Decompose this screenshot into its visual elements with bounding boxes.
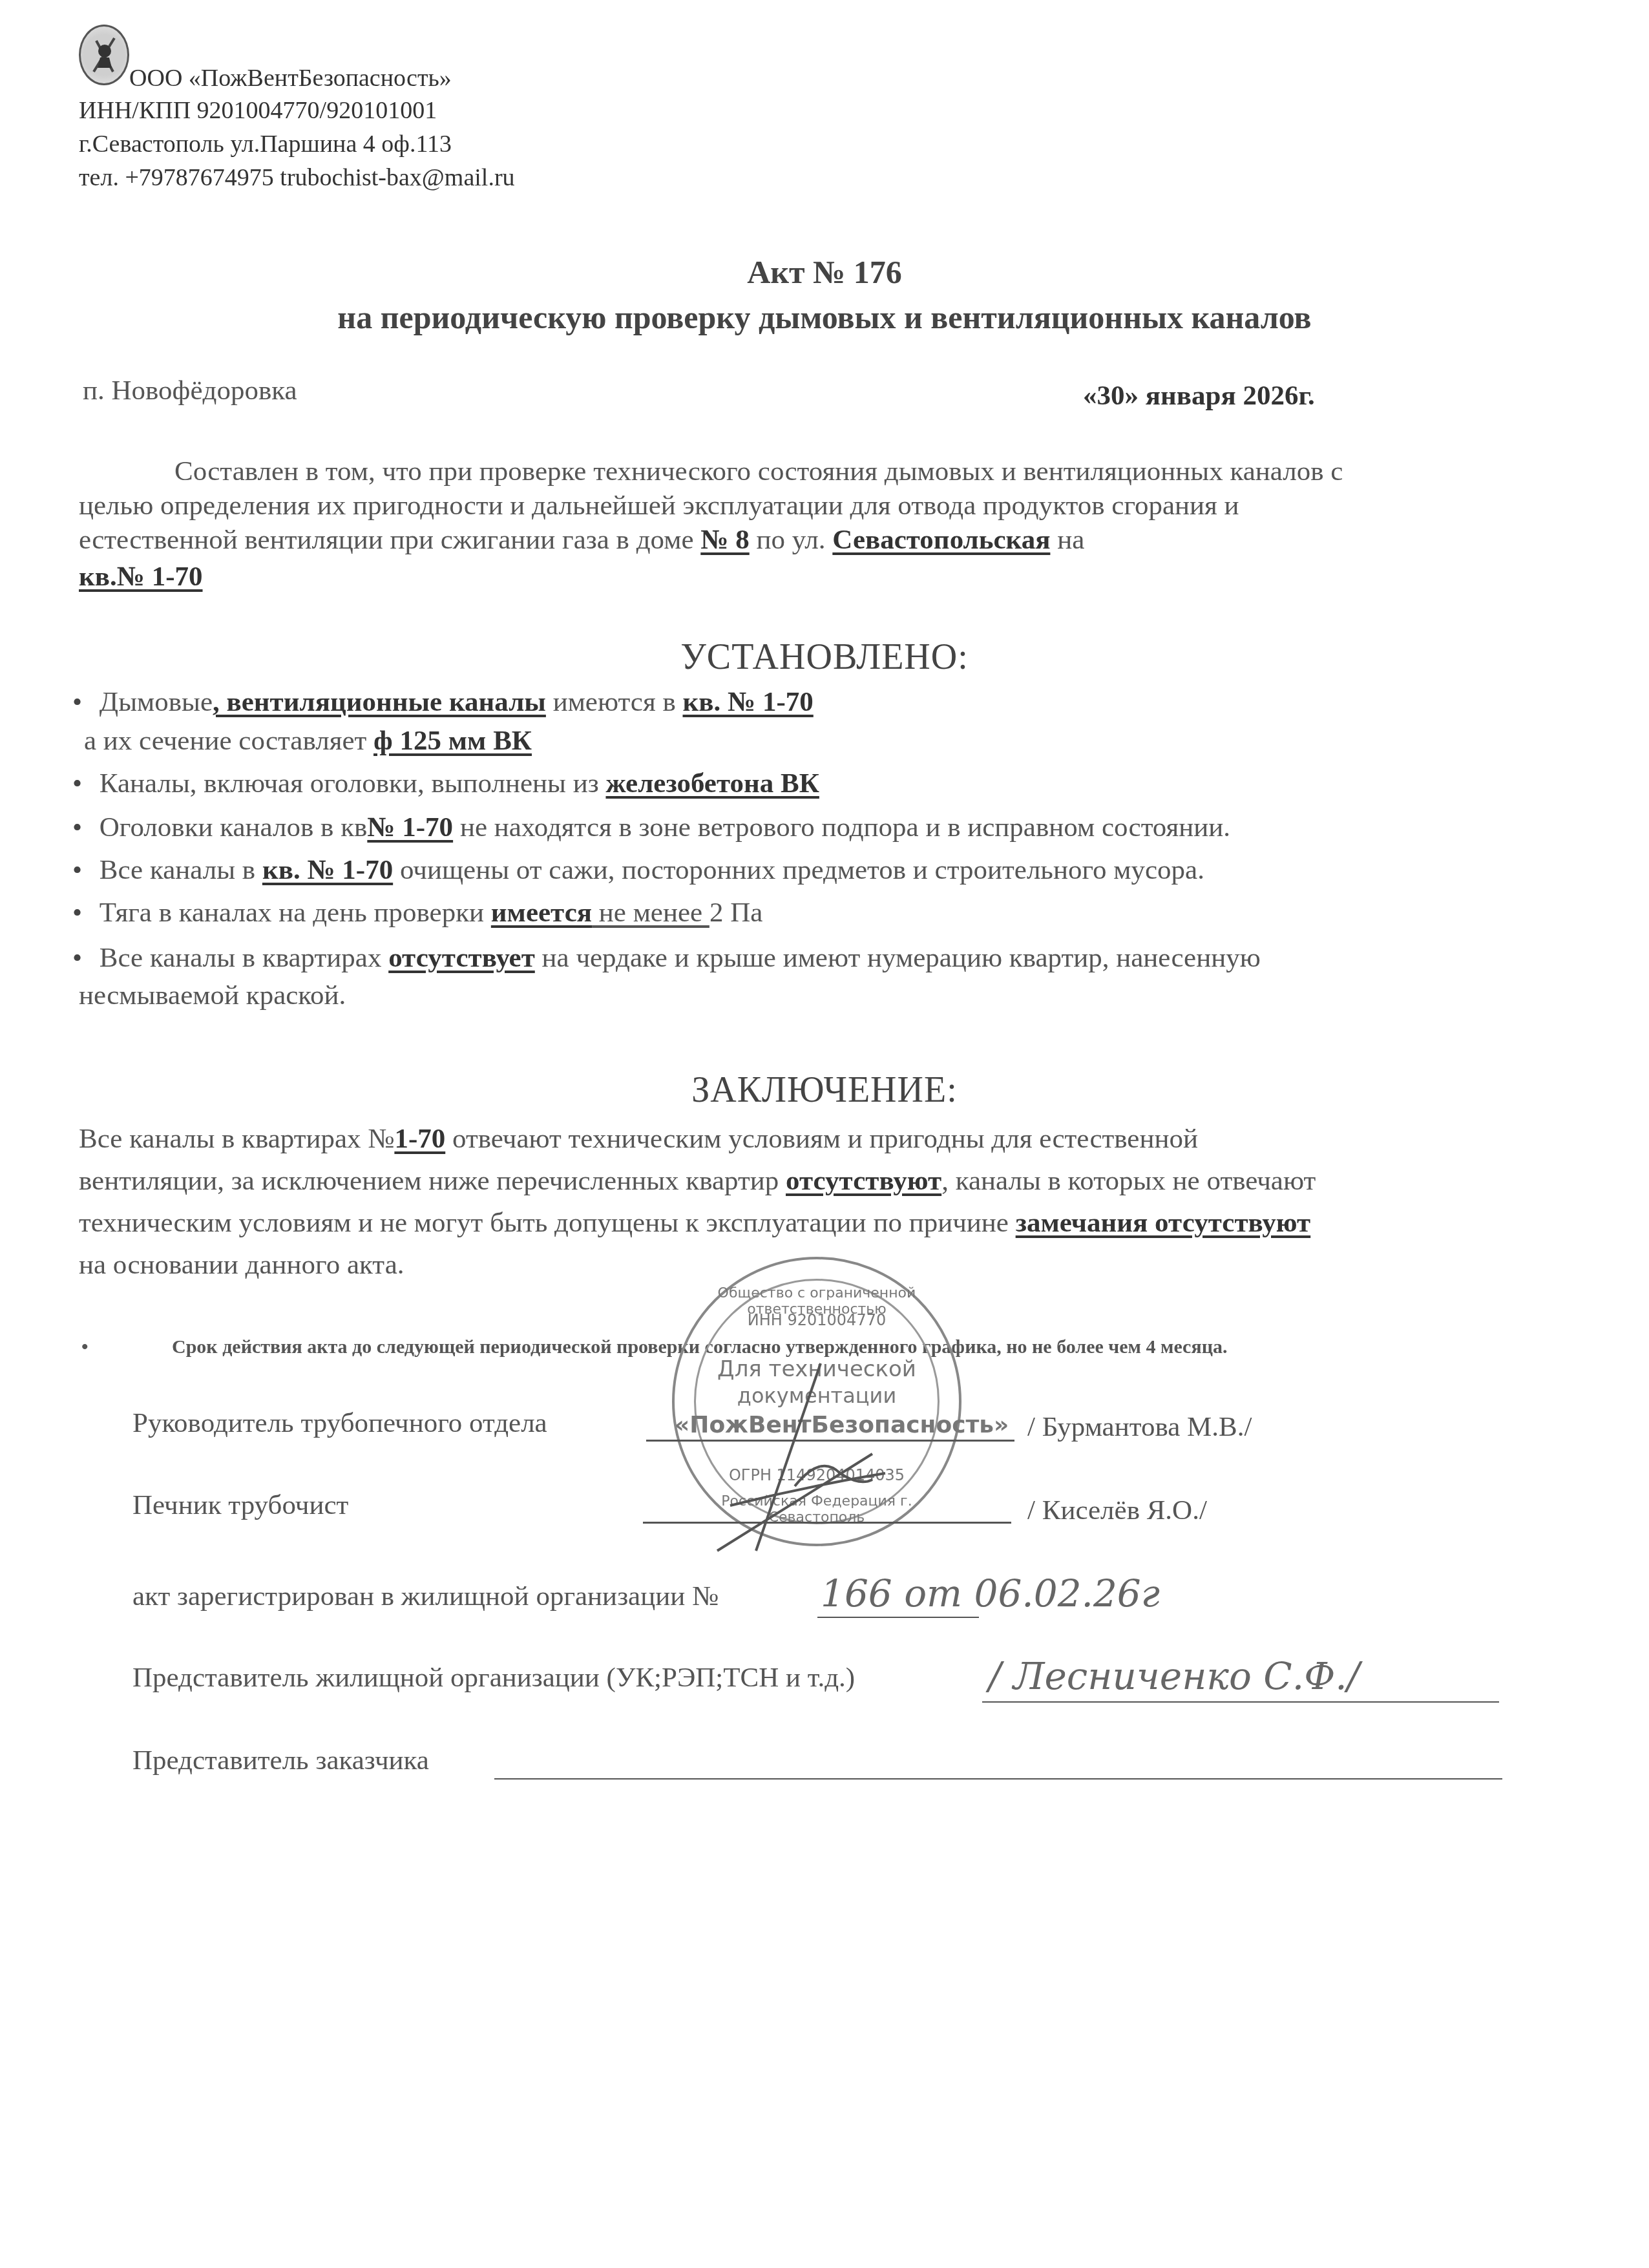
established-item-7: Все каналы в квартирах отсутствует на че… (72, 942, 1261, 974)
street: Севастопольская (832, 525, 1050, 555)
customer-rep-line[interactable] (494, 1778, 1502, 1780)
act-subject: на периодическую проверку дымовых и вент… (0, 299, 1649, 336)
housing-rep-line (982, 1701, 1499, 1703)
house-number: № 8 (700, 525, 749, 555)
conclusion-line-4: на основании данного акта. (79, 1249, 404, 1281)
section-conclusion-heading: ЗАКЛЮЧЕНИЕ: (0, 1069, 1649, 1111)
intro-line-2: целью определения их пригодности и дальн… (79, 490, 1239, 522)
established-item-3: Каналы, включая оголовки, выполнены из ж… (72, 768, 819, 800)
company-contacts: тел. +79787674975 trubochist-bax@mail.ru (79, 163, 515, 193)
conclusion-line-2: вентиляции, за исключением ниже перечисл… (79, 1165, 1316, 1197)
validity-bullet-icon: • (81, 1336, 89, 1358)
registration-handwritten: 166 от 06.02.26г (821, 1571, 1160, 1615)
act-number: Акт № 176 (0, 253, 1649, 291)
chimney-sweep-logo-icon (79, 25, 129, 85)
established-item-1: Дымовые, вентиляционные каналы имеются в… (72, 686, 814, 719)
signature-name-1: / Бурмантова М.В./ (1027, 1411, 1252, 1444)
company-name: ООО «ПожВентБезопасность» (129, 63, 452, 93)
customer-rep-label: Представитель заказчика (132, 1745, 429, 1777)
apartments: кв.№ 1-70 (79, 561, 203, 593)
section-established-heading: УСТАНОВЛЕНО: (0, 636, 1649, 678)
established-item-7-continuation: несмываемой краской. (79, 980, 346, 1012)
date: «30» января 2026г. (1083, 380, 1315, 412)
intro-line-1: Составлен в том, что при проверке технич… (174, 456, 1343, 488)
housing-rep-label: Представитель жилищной организации (УК;Р… (132, 1662, 855, 1694)
signature-role-2: Печник трубочист (132, 1489, 348, 1522)
company-inn-kpp: ИНН/КПП 9201004770/920101001 (79, 96, 437, 125)
conclusion-line-1: Все каналы в квартирах №1-70 отвечают те… (79, 1123, 1198, 1155)
established-item-2: а их сечение составляет ф 125 мм ВК (84, 725, 532, 757)
established-item-6: Тяга в каналах на день проверки имеется … (72, 897, 762, 929)
place: п. Новофёдоровка (83, 375, 297, 407)
company-address: г.Севастополь ул.Паршина 4 оф.113 (79, 129, 452, 159)
intro-line-3: естественной вентиляции при сжигании газ… (79, 524, 1084, 556)
registration-line (817, 1617, 979, 1618)
housing-rep-handwritten: / Лесниченко С.Ф./ (989, 1654, 1360, 1698)
handwritten-signature-icon (678, 1357, 1002, 1577)
established-item-4: Оголовки каналов в кв№ 1-70 не находятся… (72, 812, 1230, 844)
signature-name-2: / Киселёв Я.О./ (1027, 1495, 1207, 1527)
established-item-5: Все каналы в кв. № 1-70 очищены от сажи,… (72, 854, 1204, 887)
registration-label: акт зарегистрирован в жилищной организац… (132, 1580, 719, 1613)
signature-role-1: Руководитель трубопечного отдела (132, 1407, 547, 1440)
conclusion-line-3: техническим условиям и не могут быть доп… (79, 1207, 1310, 1239)
